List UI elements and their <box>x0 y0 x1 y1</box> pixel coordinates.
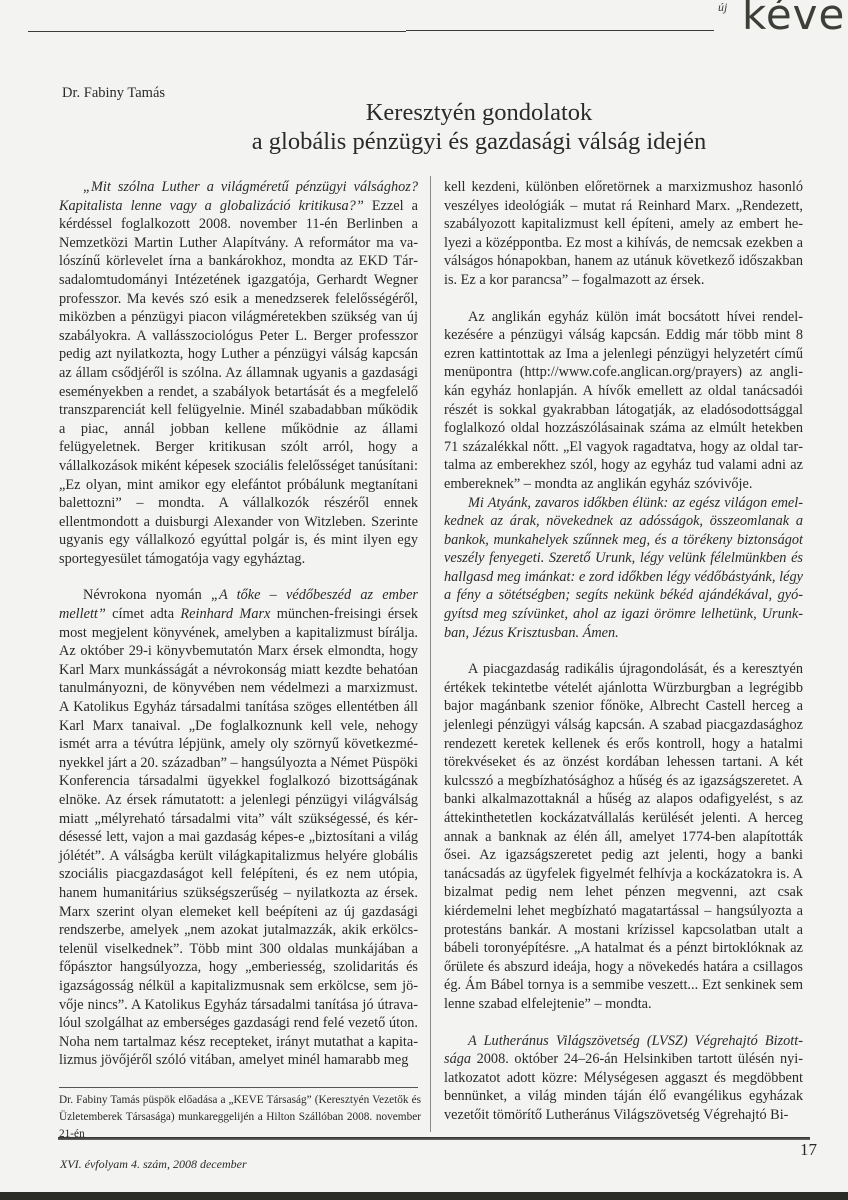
paragraph: A piacgazdaság radikális újragondolását,… <box>444 660 803 1013</box>
column-divider <box>430 176 431 1132</box>
paragraph-text: Névrokona nyomán <box>83 587 211 603</box>
article-title: Keresztyén gondolatok a globális pénzügy… <box>0 98 848 156</box>
page-number: 17 <box>800 1140 817 1160</box>
header-rule <box>28 31 406 32</box>
prayer-italic: Mi Atyánk, zavaros időkben élünk: az egé… <box>444 495 803 641</box>
prayer-paragraph: Mi Atyánk, zavaros időkben élünk: az egé… <box>444 494 803 643</box>
title-line-2: a globális pénzügyi és gazdasági válság … <box>110 127 848 156</box>
footer-rule <box>58 1137 810 1140</box>
logo-prefix: új <box>718 0 727 15</box>
paragraph: Az anglikán egyház külön imát bocsátott … <box>444 308 803 494</box>
paragraph-text: címet adta <box>106 606 181 622</box>
paragraph: „Mit szólna Luther a világméretű pénzügy… <box>59 178 418 568</box>
person-name-italic: Reinhard Marx <box>180 606 270 622</box>
footnote-rule <box>59 1087 418 1088</box>
magazine-logo: kéve <box>742 0 845 36</box>
header-rule <box>406 30 714 31</box>
paragraph: Névrokona nyomán „A tőke – védőbeszéd az… <box>59 586 418 1069</box>
left-column: „Mit szólna Luther a világméretű pénzügy… <box>59 178 418 1070</box>
issue-info: XVI. évfolyam 4. szám, 2008 december <box>60 1157 247 1172</box>
paragraph-text: münchen-freisingi érsek most megjelent k… <box>59 606 418 1068</box>
paragraph: A Lutheránus Világszövetség (LVSZ) Végre… <box>444 1032 803 1125</box>
paragraph-text: Ezzel a kérdéssel foglalkozott 2008. nov… <box>59 198 418 567</box>
paragraph: kell kezdeni, különben előretörnek a mar… <box>444 178 803 290</box>
scan-edge <box>0 1192 848 1200</box>
title-line-1: Keresztyén gondolatok <box>110 98 848 127</box>
paragraph-text: 2008. október 24–26-án Helsinkiben tarto… <box>444 1051 803 1123</box>
footnote: Dr. Fabiny Tamás püspök előadása a „KEVE… <box>59 1092 421 1143</box>
right-column: kell kezdeni, különben előretörnek a mar… <box>444 178 803 1125</box>
